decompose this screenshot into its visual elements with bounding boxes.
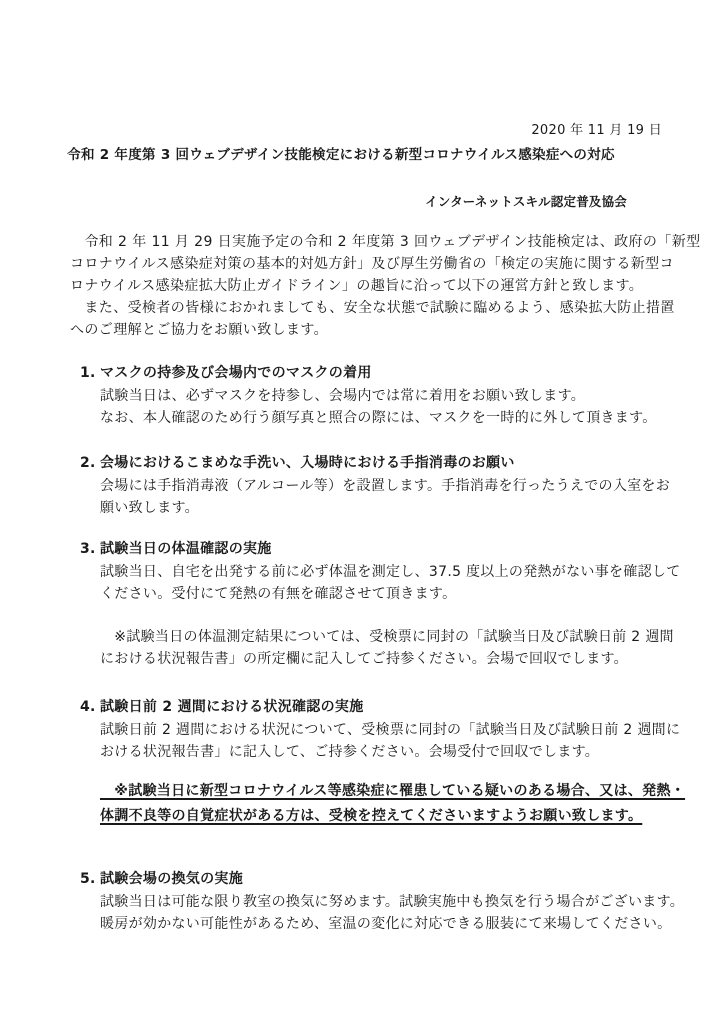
item-body-line: 暖房が効かない可能性があるため、室温の変化に対応できる服装にて来場してください。 xyxy=(100,913,664,936)
document-date: 2020 年 11 月 19 日 xyxy=(531,121,662,141)
intro-line: へのご理解とご協力をお願い致します。 xyxy=(70,319,664,341)
item-body-line: 試験日前 2 週間における状況について、受検票に同封の「試験当日及び試験日前 2… xyxy=(100,719,664,742)
intro-line: コロナウイルス感染症対策の基本的対処方針」及び厚生労働省の「検定の実施に関する新… xyxy=(70,253,664,275)
list-item-4: 4. 試験日前 2 週間における状況確認の実施 試験日前 2 週間における状況に… xyxy=(80,696,664,764)
item-body-line: 試験当日は可能な限り教室の換気に努めます。試験実施中も換気を行う場合がございます… xyxy=(100,891,664,914)
list-item-1: 1. マスクの持参及び会場内でのマスクの着用 試験当日は、必ずマスクを持参し、会… xyxy=(80,362,664,430)
item-number: 4. xyxy=(80,696,96,719)
intro-line: また、受検者の皆様におかれましても、安全な状態で試験に臨めるよう、感染拡大防止措… xyxy=(70,297,664,319)
list-item-5: 5. 試験会場の換気の実施 試験当日は可能な限り教室の換気に努めます。試験実施中… xyxy=(80,868,664,936)
item-heading: 会場におけるこまめな手洗い、入場時における手指消毒のお願い xyxy=(100,452,664,475)
item-number: 1. xyxy=(80,362,96,385)
item-heading: マスクの持参及び会場内でのマスクの着用 xyxy=(100,362,664,385)
item-number: 5. xyxy=(80,868,96,891)
item-body-line: 試験当日、自宅を出発する前に必ず体温を測定し、37.5 度以上の発熱がない事を確… xyxy=(100,561,664,584)
intro-line: ロナウイルス感染症拡大防止ガイドライン」の趣旨に沿って以下の運営方針と致します。 xyxy=(70,275,664,297)
item-heading: 試験会場の換気の実施 xyxy=(100,868,664,891)
item-note-underlined: ※試験当日に新型コロナウイルス等感染症に罹患している疑いのある場合、又は、発熱・… xyxy=(100,779,664,829)
item-number: 2. xyxy=(80,452,96,475)
intro-paragraph: 令和 2 年 11 月 29 日実施予定の令和 2 年度第 3 回ウェブデザイン… xyxy=(70,231,664,341)
underlined-note-line: ※試験当日に新型コロナウイルス等感染症に罹患している疑いのある場合、又は、発熱・ xyxy=(100,779,664,804)
item-body-line: ください。受付にて発熱の有無を確認させて頂きます。 xyxy=(100,583,664,606)
item-heading: 試験当日の体温確認の実施 xyxy=(100,538,664,561)
list-item-3: 3. 試験当日の体温確認の実施 試験当日、自宅を出発する前に必ず体温を測定し、3… xyxy=(80,538,664,606)
item-note: ※試験当日の体温測定結果については、受検票に同封の「試験当日及び試験日前 2 週… xyxy=(100,626,664,670)
intro-line: 令和 2 年 11 月 29 日実施予定の令和 2 年度第 3 回ウェブデザイン… xyxy=(70,231,664,253)
note-line: における状況報告書」の所定欄に記入してご持参ください。会場で回収でします。 xyxy=(100,648,664,670)
item-body-line: おける状況報告書」に記入して、ご持参ください。会場受付で回収でします。 xyxy=(100,741,664,764)
page-title: 令和 2 年度第 3 回ウェブデザイン技能検定における新型コロナウイルス感染症へ… xyxy=(0,144,682,166)
item-body-line: 会場には手指消毒液（アルコール等）を設置します。手指消毒を行ったうえでの入室をお xyxy=(100,475,664,498)
item-heading: 試験日前 2 週間における状況確認の実施 xyxy=(100,696,664,719)
list-item-2: 2. 会場におけるこまめな手洗い、入場時における手指消毒のお願い 会場には手指消… xyxy=(80,452,664,520)
item-body-line: 試験当日は、必ずマスクを持参し、会場内では常に着用をお願い致します。 xyxy=(100,385,664,408)
organization-name: インターネットスキル認定普及協会 xyxy=(425,192,627,212)
item-body-line: なお、本人確認のため行う顔写真と照合の際には、マスクを一時的に外して頂きます。 xyxy=(100,407,664,430)
underlined-note-line: 体調不良等の自覚症状がある方は、受検を控えてくださいますようお願い致します。 xyxy=(100,804,664,829)
item-body-line: 願い致します。 xyxy=(100,497,664,520)
item-number: 3. xyxy=(80,538,96,561)
document-page: 2020 年 11 月 19 日 令和 2 年度第 3 回ウェブデザイン技能検定… xyxy=(0,0,724,1024)
note-line: ※試験当日の体温測定結果については、受検票に同封の「試験当日及び試験日前 2 週… xyxy=(100,626,664,648)
